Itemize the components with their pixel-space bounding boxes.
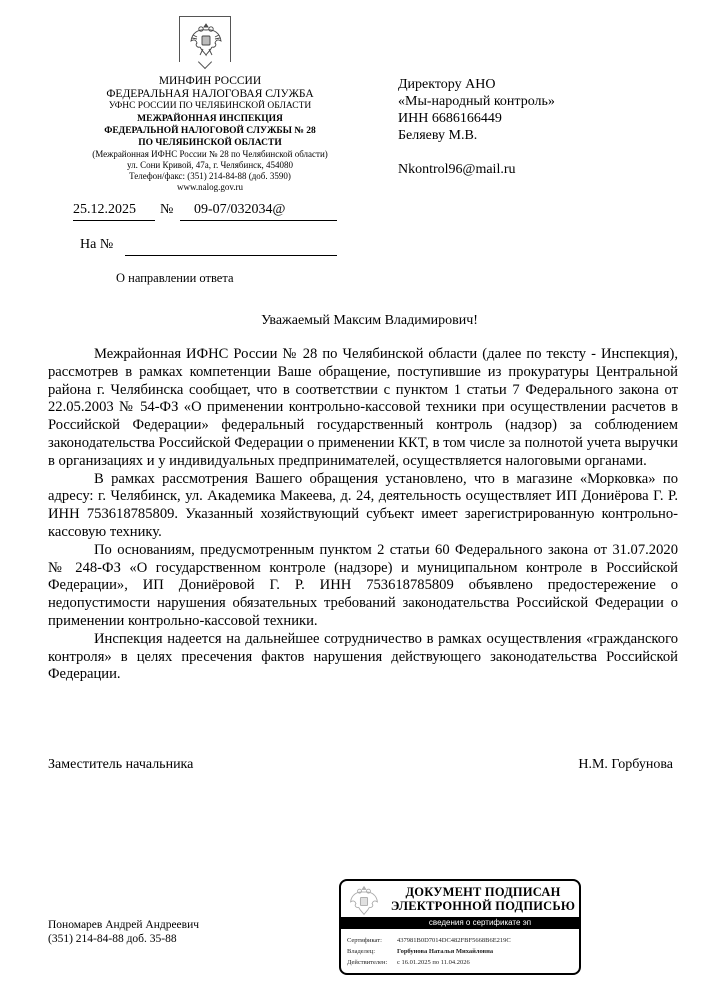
russian-coat-of-arms-icon	[347, 884, 381, 918]
org-line: ФЕДЕРАЛЬНОЙ НАЛОГОВОЙ СЛУЖБЫ № 28	[62, 125, 358, 137]
number-underline	[180, 220, 337, 221]
registration-number-label: №	[160, 202, 173, 218]
signer-name: Н.М. Горбунова	[578, 757, 673, 773]
certificate-label: Сертификат:	[347, 936, 397, 945]
org-address: ул. Сони Кривой, 47а, г. Челябинск, 4540…	[62, 160, 358, 171]
recipient-line: ИНН 6686166449	[398, 110, 555, 127]
stamp-title-line: ЭЛЕКТРОННОЙ ПОДПИСЬЮ	[387, 899, 579, 913]
body-paragraph: Инспекция надеется на дальнейшее сотрудн…	[48, 631, 678, 684]
registration-number: 09-07/032034@	[194, 202, 285, 218]
recipient-line: «Мы-народный контроль»	[398, 93, 555, 110]
recipient-block: Директору АНО «Мы-народный контроль» ИНН…	[398, 76, 555, 178]
stamp-title: ДОКУМЕНТ ПОДПИСАН ЭЛЕКТРОННОЙ ПОДПИСЬЮ	[387, 885, 579, 913]
signer-title: Заместитель начальника	[48, 757, 193, 773]
russian-coat-of-arms-icon	[188, 21, 224, 59]
letter-subject: О направлении ответа	[116, 271, 234, 286]
letter-body: Межрайонная ИФНС России № 28 по Челябинс…	[48, 346, 678, 684]
reference-number-underline	[125, 255, 337, 256]
certificate-value: 437981B0D7014DC482FBF5668B6E219C	[397, 937, 511, 944]
valid-value: с 16.01.2025 по 11.04.2026	[397, 959, 470, 966]
sender-organization-block: МИНФИН РОССИИ ФЕДЕРАЛЬНАЯ НАЛОГОВАЯ СЛУЖ…	[62, 75, 358, 194]
executor-block: Пономарев Андрей Андреевич (351) 214-84-…	[48, 918, 199, 946]
stamp-certificate-bar: сведения о сертификате эп	[341, 917, 579, 929]
body-paragraph: По основаниям, предусмотренным пунктом 2…	[48, 542, 678, 631]
org-line: УФНС РОССИИ ПО ЧЕЛЯБИНСКОЙ ОБЛАСТИ	[62, 101, 358, 113]
org-line: (Межрайонная ИФНС России № 28 по Челябин…	[62, 149, 358, 160]
recipient-line: Директору АНО	[398, 76, 555, 93]
stamp-title-line: ДОКУМЕНТ ПОДПИСАН	[387, 885, 579, 899]
reference-number-label: На №	[80, 237, 113, 253]
salutation: Уважаемый Максим Владимирович!	[0, 313, 709, 329]
owner-value: Горбунова Наталья Михайловна	[397, 948, 493, 955]
executor-name: Пономарев Андрей Андреевич	[48, 918, 199, 932]
body-paragraph: Межрайонная ИФНС России № 28 по Челябинс…	[48, 346, 678, 471]
org-line: ФЕДЕРАЛЬНАЯ НАЛОГОВАЯ СЛУЖБА	[62, 88, 358, 101]
org-line: МИНФИН РОССИИ	[62, 75, 358, 88]
stamp-validity-row: Действителен:с 16.01.2025 по 11.04.2026	[347, 958, 470, 967]
recipient-line: Беляеву М.В.	[398, 127, 555, 144]
valid-label: Действителен:	[347, 958, 397, 967]
recipient-email: Nkontrol96@mail.ru	[398, 161, 555, 178]
body-paragraph: В рамках рассмотрения Вашего обращения у…	[48, 471, 678, 542]
executor-phone: (351) 214-84-88 доб. 35-88	[48, 932, 199, 946]
registration-date: 25.12.2025	[73, 202, 136, 218]
org-phone: Телефон/факс: (351) 214-84-88 (доб. 3590…	[62, 171, 358, 182]
e-signature-stamp: ДОКУМЕНТ ПОДПИСАН ЭЛЕКТРОННОЙ ПОДПИСЬЮ с…	[339, 879, 581, 975]
date-underline	[73, 220, 155, 221]
org-line: ПО ЧЕЛЯБИНСКОЙ ОБЛАСТИ	[62, 137, 358, 149]
org-website: www.nalog.gov.ru	[62, 182, 358, 193]
stamp-certificate-row: Сертификат:437981B0D7014DC482FBF5668B6E2…	[347, 936, 511, 945]
stamp-owner-row: Владелец:Горбунова Наталья Михайловна	[347, 947, 493, 956]
owner-label: Владелец:	[347, 947, 397, 956]
org-line: МЕЖРАЙОННАЯ ИНСПЕКЦИЯ	[62, 113, 358, 125]
coat-of-arms-frame	[179, 16, 231, 62]
